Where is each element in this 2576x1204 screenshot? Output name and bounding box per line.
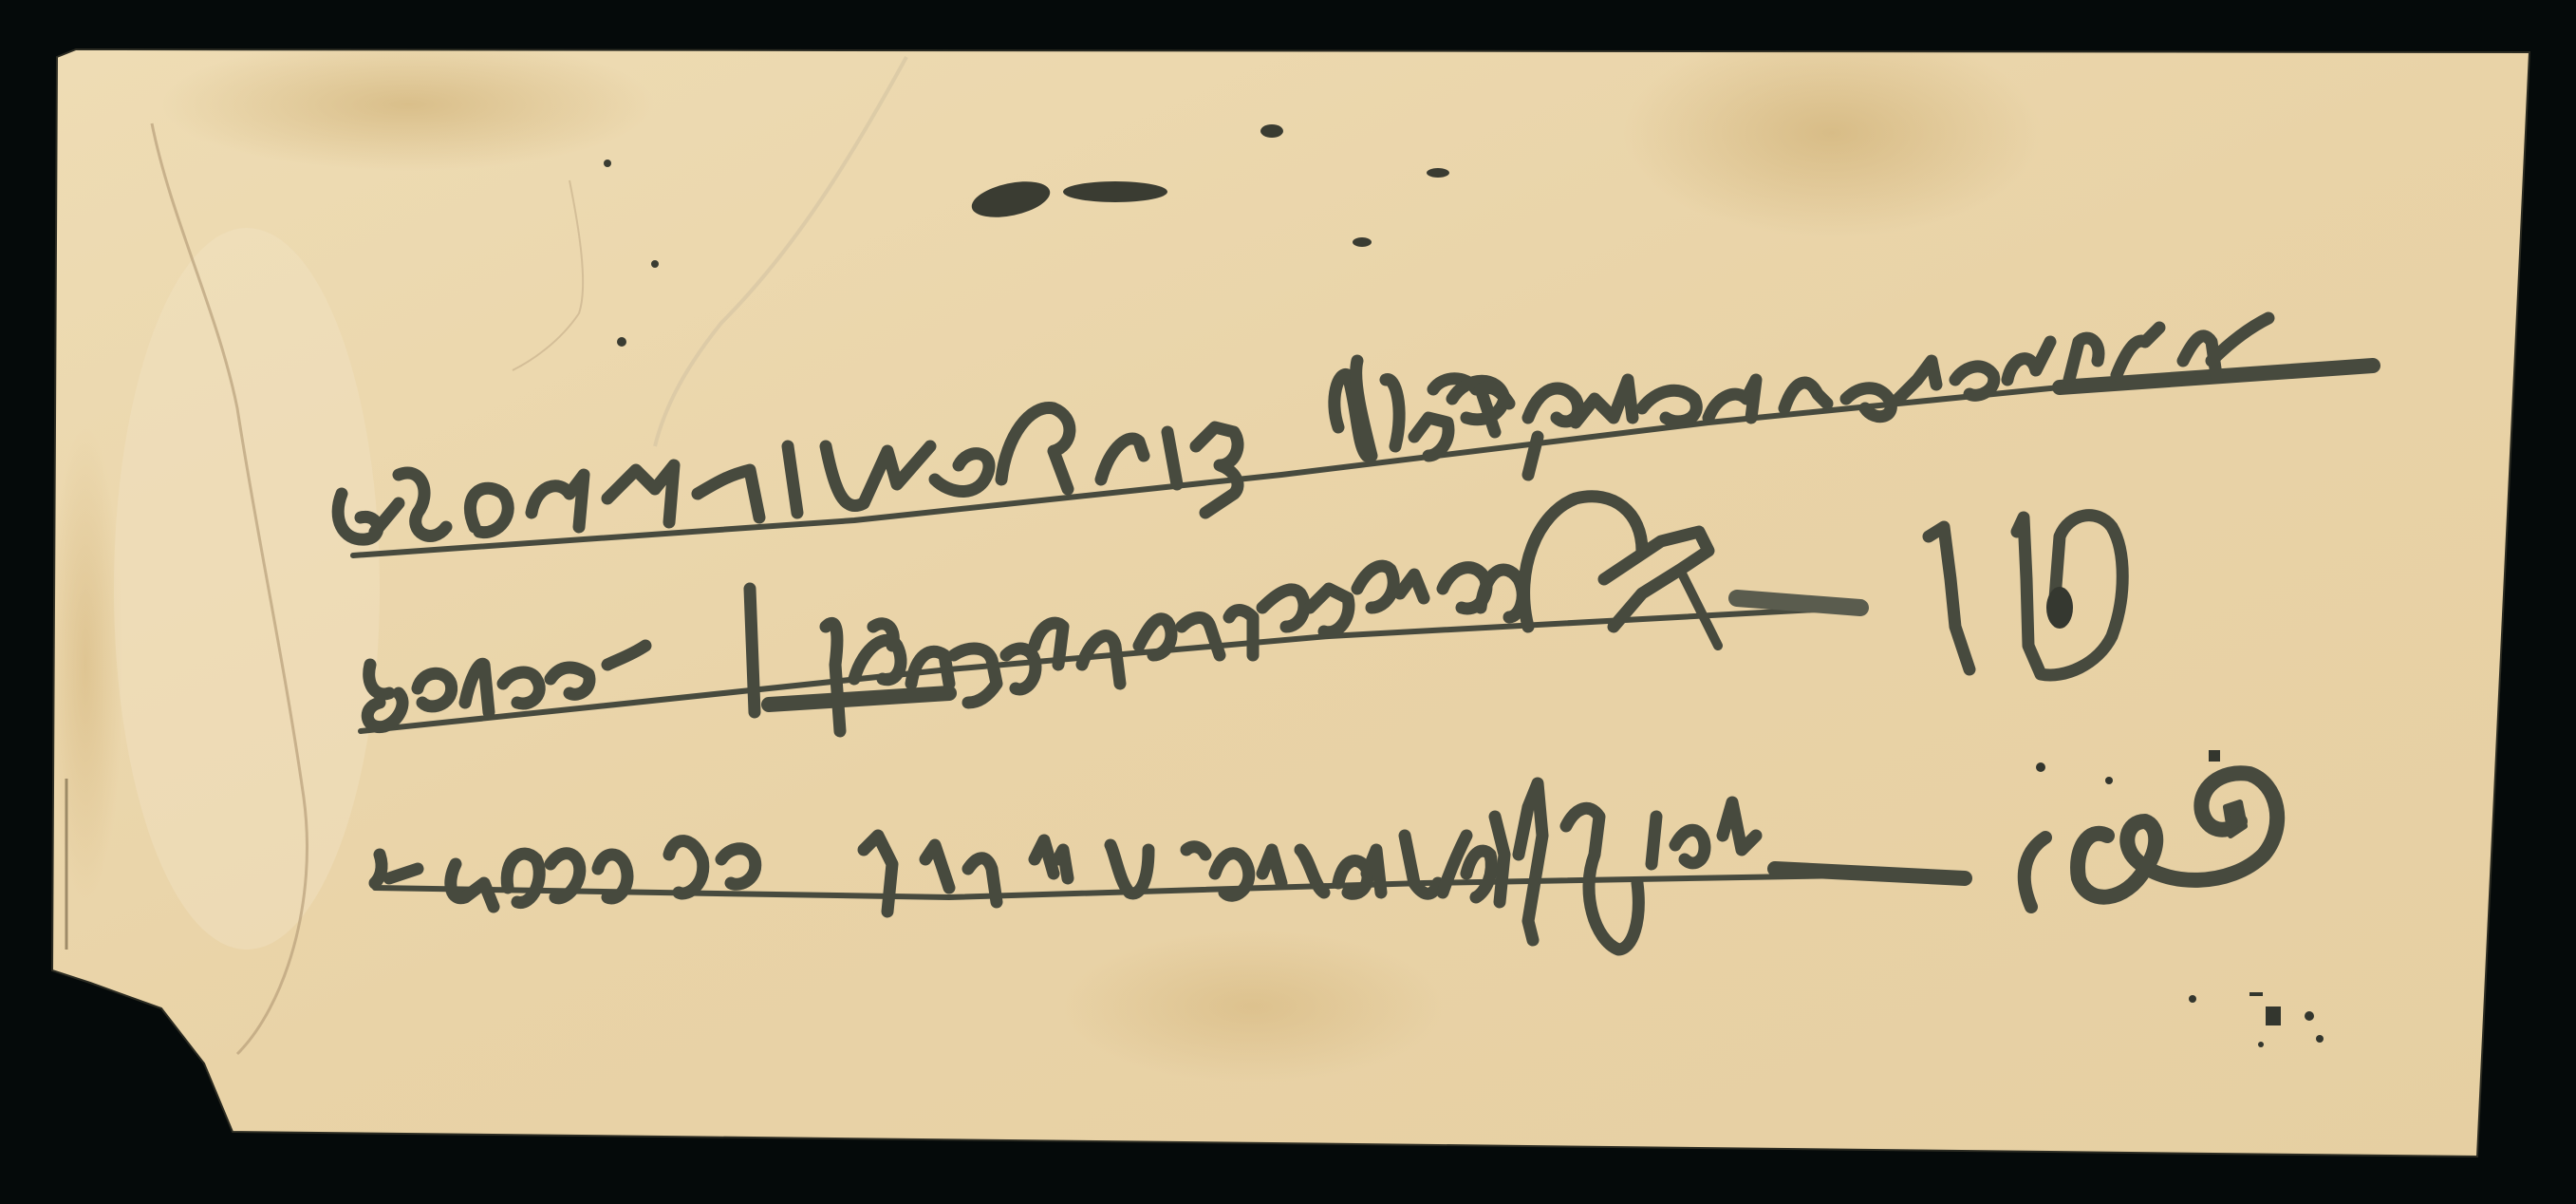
glyph-dot bbox=[2046, 587, 2073, 629]
stain-top-right bbox=[1623, 28, 2041, 237]
stain-left-edge bbox=[47, 427, 123, 902]
stain-top-left bbox=[161, 38, 655, 171]
document-photo bbox=[0, 0, 2576, 1204]
stain-bottom-center bbox=[1063, 931, 1443, 1082]
